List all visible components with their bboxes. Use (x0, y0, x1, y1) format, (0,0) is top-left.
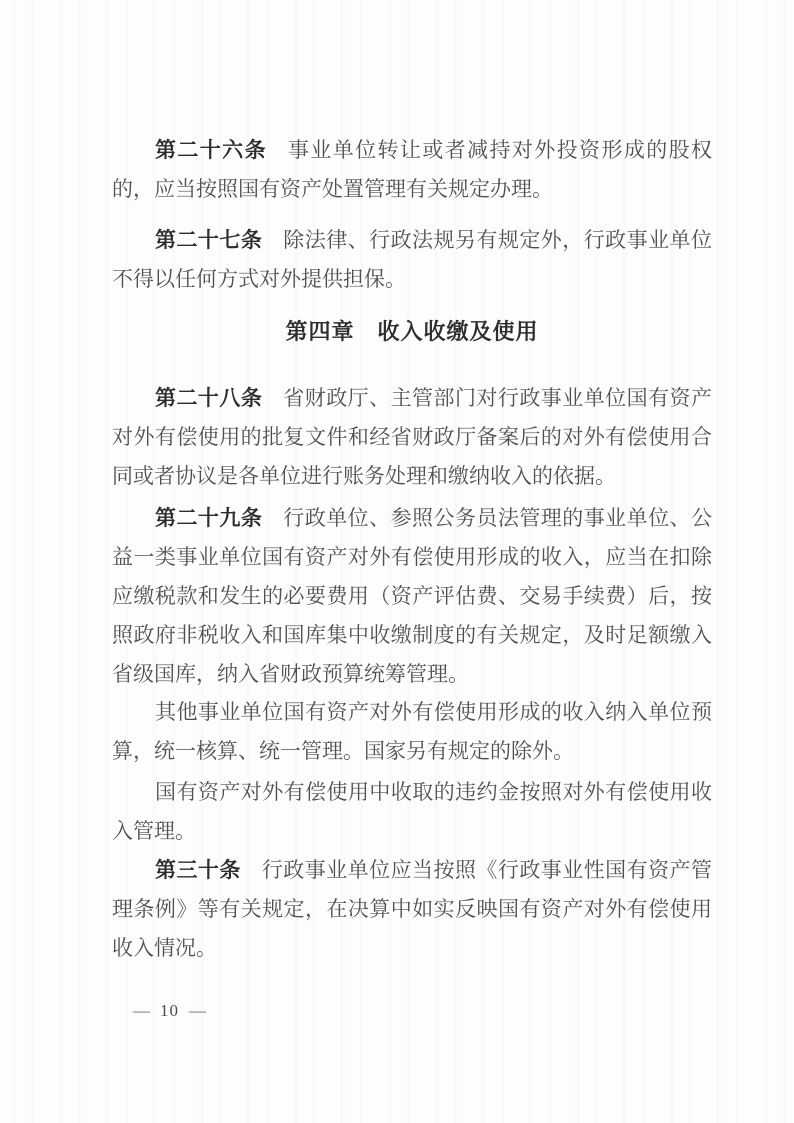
line-text: 的，应当按照国有资产处置管理有关规定办理。 (112, 177, 553, 201)
page-number: 10 (160, 1001, 179, 1020)
line-text: 收入情况。 (112, 936, 217, 960)
article-number: 第二十七条 (155, 228, 262, 252)
line-text: 省财政厅、主管部门对行政事业单位国有资产 (283, 386, 712, 410)
document-page: 第二十六条事业单位转让或者减持对外投资形成的股权 的，应当按照国有资产处置管理有… (112, 0, 712, 1123)
text-line: 理条例》等有关规定，在决算中如实反映国有资产对外有偿使用 (112, 890, 712, 929)
line-text: 照政府非税收入和国库集中收缴制度的有关规定，及时足额缴入 (112, 623, 712, 647)
article-number: 第二十八条 (155, 386, 262, 410)
text-line: 第三十条行政事业单位应当按照《行政事业性国有资产管 (112, 851, 712, 890)
chapter-heading: 第四章 收入收缴及使用 (112, 312, 712, 352)
paragraph-article-29: 第二十九条行政单位、参照公务员法管理的事业单位、公 益一类事业单位国有资产对外有… (112, 499, 712, 694)
text-line: 第二十七条除法律、行政法规另有规定外，行政事业单位 (112, 221, 712, 260)
text-line: 第二十九条行政单位、参照公务员法管理的事业单位、公 (112, 499, 712, 538)
paragraph-article-28: 第二十八条省财政厅、主管部门对行政事业单位国有资产 对外有偿使用的批复文件和经省… (112, 379, 712, 496)
text-line: 的，应当按照国有资产处置管理有关规定办理。 (112, 170, 712, 209)
text-line: 第二十八条省财政厅、主管部门对行政事业单位国有资产 (112, 379, 712, 418)
footer-dash-right: — (189, 1001, 206, 1020)
text-line: 照政府非税收入和国库集中收缴制度的有关规定，及时足额缴入 (112, 616, 712, 655)
paragraph-penalty-income: 国有资产对外有偿使用中收取的违约金按照对外有偿使用收 入管理。 (112, 773, 712, 851)
text-line: 国有资产对外有偿使用中收取的违约金按照对外有偿使用收 (112, 773, 712, 812)
text-line: 入管理。 (112, 812, 712, 851)
line-text: 入管理。 (112, 819, 196, 843)
line-text: 事业单位转让或者减持对外投资形成的股权 (288, 138, 712, 162)
text-line: 对外有偿使用的批复文件和经省财政厅备案后的对外有偿使用合 (112, 418, 712, 457)
text-line: 益一类事业单位国有资产对外有偿使用形成的收入，应当在扣除 (112, 538, 712, 577)
line-text: 其他事业单位国有资产对外有偿使用形成的收入纳入单位预 (155, 700, 712, 724)
line-text: 除法律、行政法规另有规定外，行政事业单位 (283, 228, 712, 252)
article-number: 第二十六条 (155, 138, 267, 162)
line-text: 理条例》等有关规定，在决算中如实反映国有资产对外有偿使用 (112, 897, 712, 921)
paragraph-article-30: 第三十条行政事业单位应当按照《行政事业性国有资产管 理条例》等有关规定，在决算中… (112, 851, 712, 968)
paragraph-article-26: 第二十六条事业单位转让或者减持对外投资形成的股权 的，应当按照国有资产处置管理有… (112, 131, 712, 209)
line-text: 行政单位、参照公务员法管理的事业单位、公 (283, 506, 712, 530)
text-line: 算，统一核算、统一管理。国家另有规定的除外。 (112, 732, 712, 771)
line-text: 对外有偿使用的批复文件和经省财政厅备案后的对外有偿使用合 (112, 425, 712, 449)
article-number: 第三十条 (155, 858, 241, 882)
line-text: 国有资产对外有偿使用中收取的违约金按照对外有偿使用收 (155, 780, 712, 804)
line-text: 益一类事业单位国有资产对外有偿使用形成的收入，应当在扣除 (112, 545, 712, 569)
footer-dash-left: — (133, 1001, 150, 1020)
text-line: 收入情况。 (112, 929, 712, 968)
line-text: 行政事业单位应当按照《行政事业性国有资产管 (262, 858, 712, 882)
text-line: 同或者协议是各单位进行账务处理和缴纳收入的依据。 (112, 457, 712, 496)
text-line: 省级国库，纳入省财政预算统筹管理。 (112, 655, 712, 694)
text-line: 第二十六条事业单位转让或者减持对外投资形成的股权 (112, 131, 712, 170)
text-line: 不得以任何方式对外提供担保。 (112, 260, 712, 299)
article-number: 第二十九条 (155, 506, 262, 530)
line-text: 算，统一核算、统一管理。国家另有规定的除外。 (112, 739, 574, 763)
line-text: 省级国库，纳入省财政预算统筹管理。 (112, 662, 469, 686)
paragraph-other-units-income: 其他事业单位国有资产对外有偿使用形成的收入纳入单位预 算，统一核算、统一管理。国… (112, 693, 712, 771)
paragraph-article-27: 第二十七条除法律、行政法规另有规定外，行政事业单位 不得以任何方式对外提供担保。 (112, 221, 712, 299)
text-line: 其他事业单位国有资产对外有偿使用形成的收入纳入单位预 (112, 693, 712, 732)
text-line: 应缴税款和发生的必要费用（资产评估费、交易手续费）后，按 (112, 577, 712, 616)
line-text: 应缴税款和发生的必要费用（资产评估费、交易手续费）后，按 (112, 584, 712, 608)
page-footer: —10— (133, 999, 206, 1023)
line-text: 不得以任何方式对外提供担保。 (112, 267, 406, 291)
line-text: 同或者协议是各单位进行账务处理和缴纳收入的依据。 (112, 464, 616, 488)
